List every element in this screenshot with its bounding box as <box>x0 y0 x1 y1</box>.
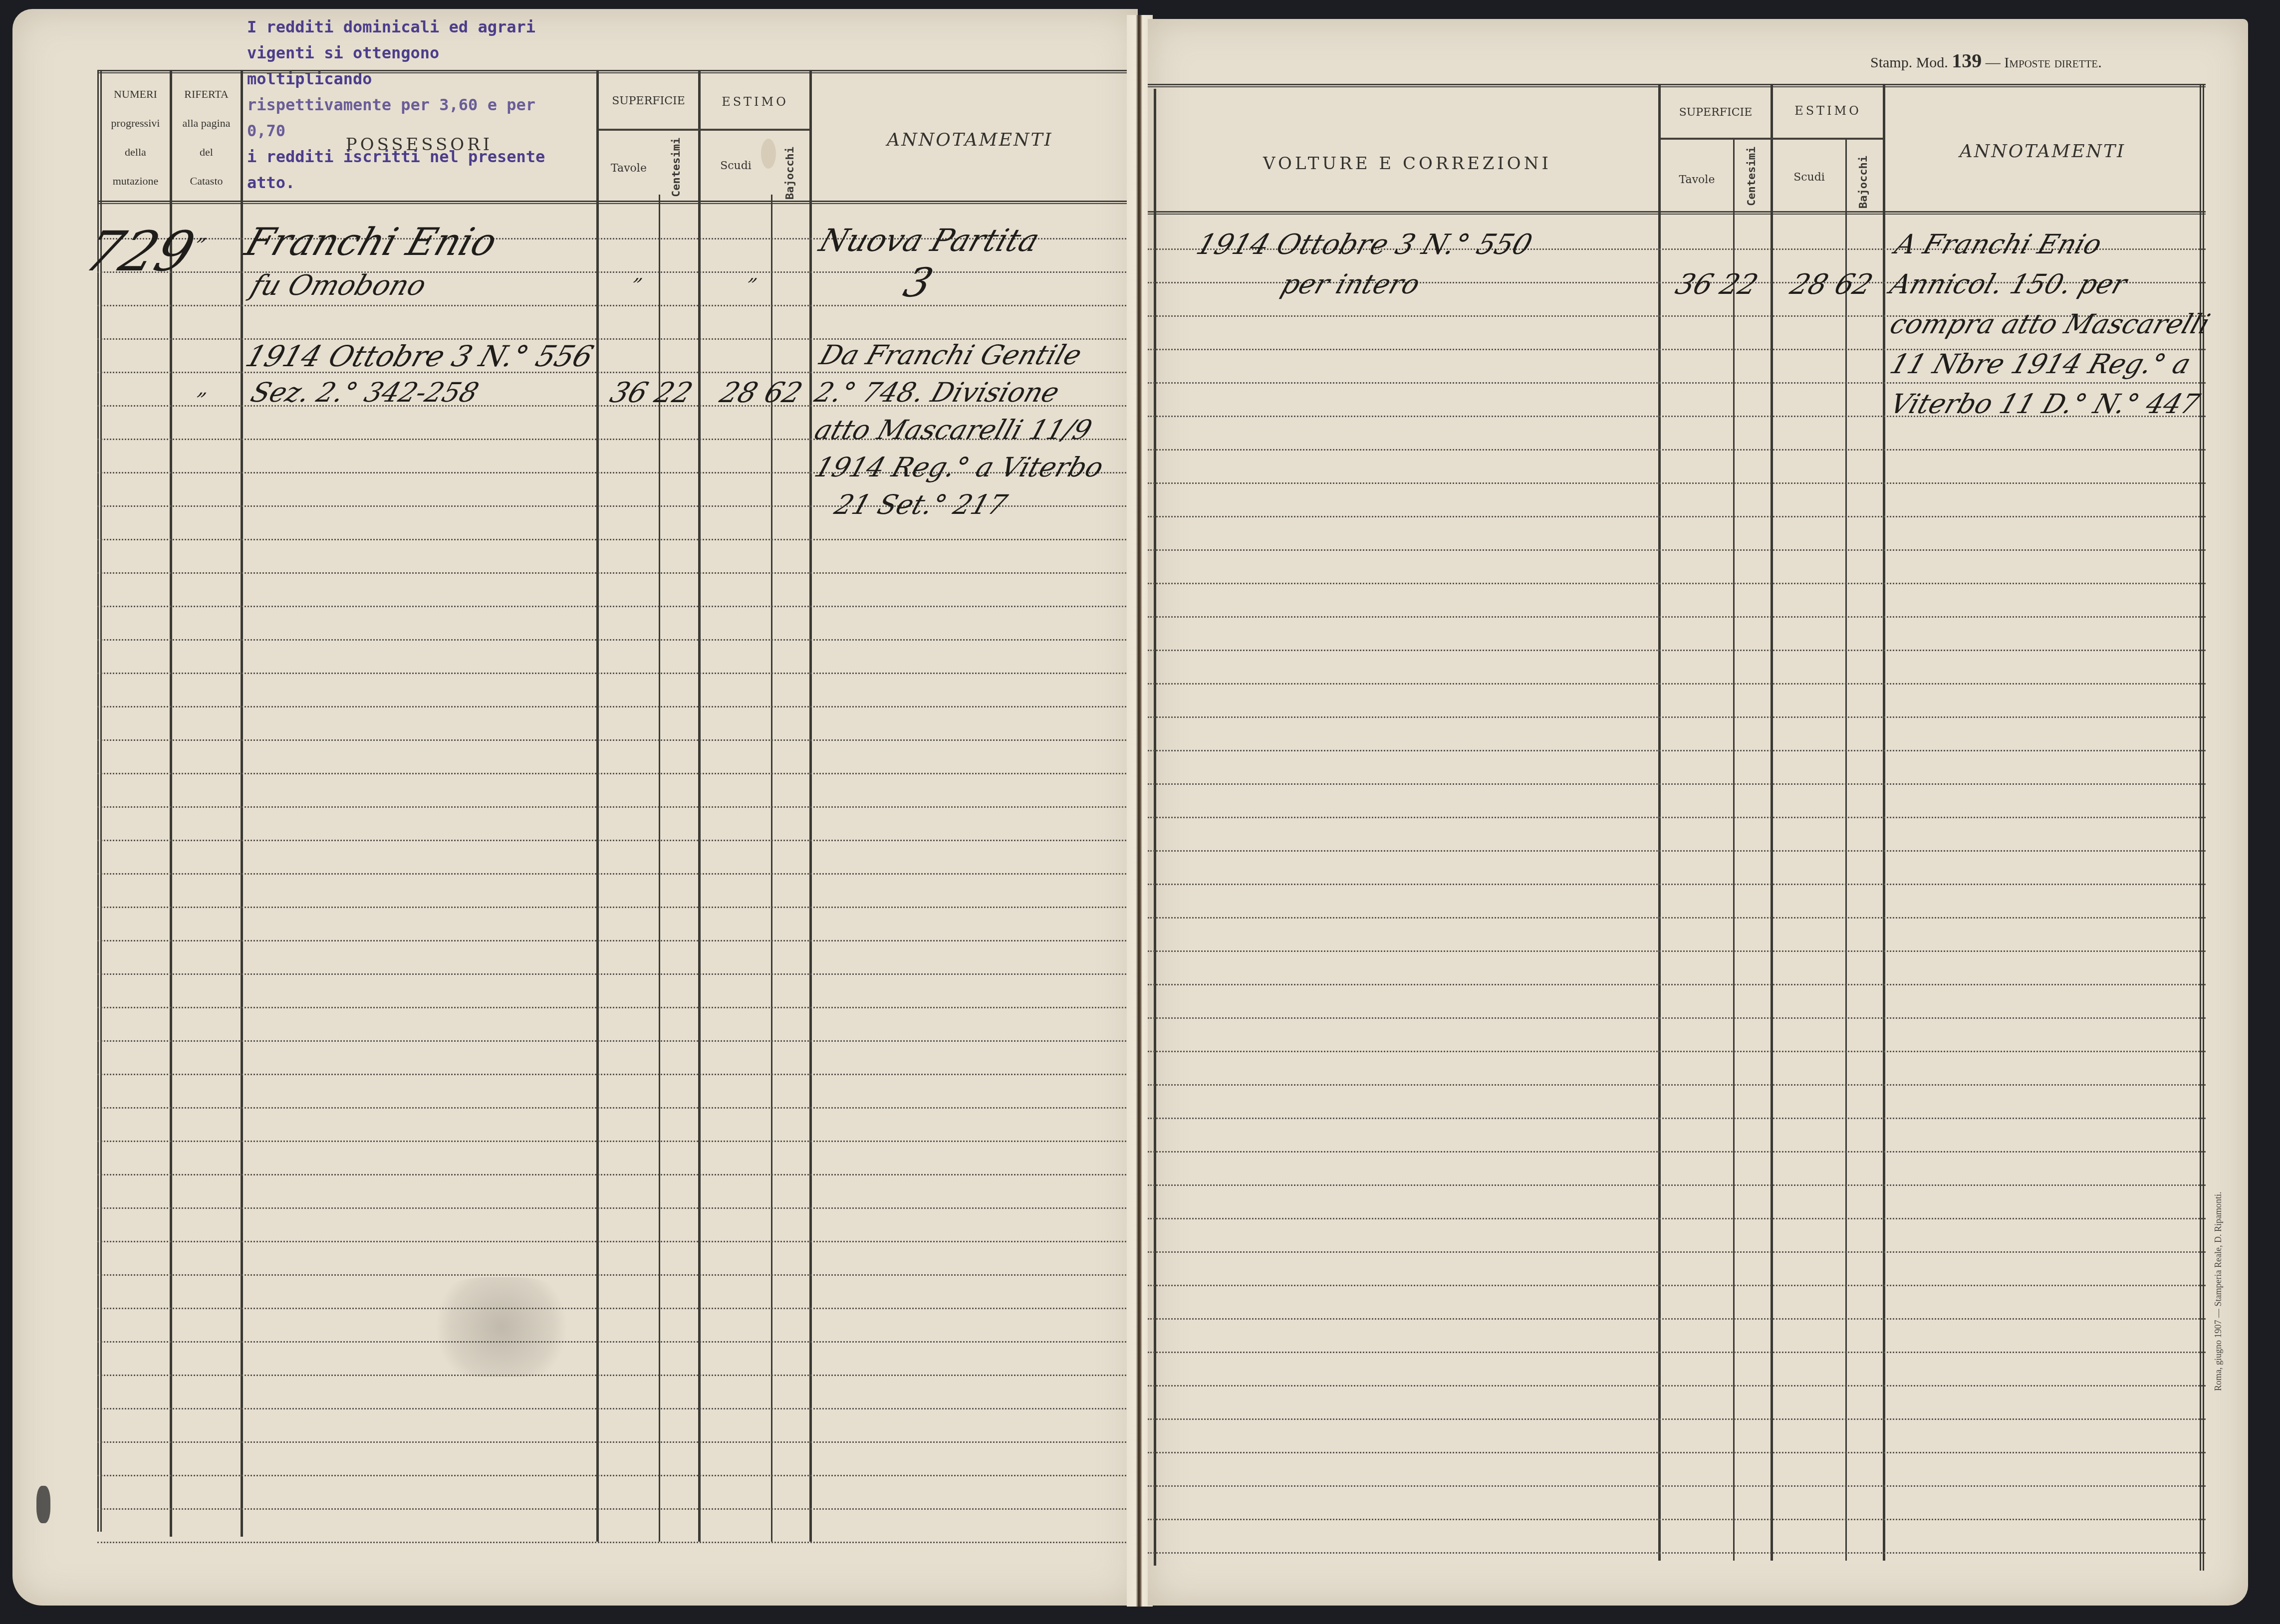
annotation-line: Annicol. 150. per <box>1886 268 2131 300</box>
ruled-line <box>1148 1051 2206 1052</box>
annotation-line: atto Mascarelli 11/9 <box>811 414 1096 446</box>
ruled-line <box>97 706 1135 707</box>
column-rule <box>809 70 812 1542</box>
ruled-line <box>97 940 1135 941</box>
ruled-line <box>97 1542 1135 1543</box>
form-suffix: — Imposte dirette. <box>1986 54 2102 71</box>
ruled-line <box>97 271 1135 273</box>
header-bajocchi: Bajocchi <box>1857 154 1870 209</box>
ruled-line <box>97 1274 1135 1276</box>
ruled-line <box>97 1241 1135 1242</box>
header-bottom-rule <box>1148 211 2206 215</box>
column-rule <box>1658 84 1661 1561</box>
subheader-rule <box>1661 138 1883 140</box>
ruled-line <box>1148 984 2206 985</box>
possessori-table: NUMERI progressivi della mutazione RIFER… <box>97 70 1135 1552</box>
ruled-line <box>1148 382 2206 384</box>
annotation-line: 3 <box>898 259 939 306</box>
column-rule <box>1771 84 1773 1561</box>
ruled-line <box>97 1408 1135 1409</box>
header-scudi: Scudi <box>701 160 771 172</box>
header-line: alla pagina <box>172 109 241 138</box>
entry-number: 729 <box>77 220 203 283</box>
column-rule <box>1845 139 1847 1561</box>
ruled-line <box>1148 1084 2206 1086</box>
ruled-line <box>97 1007 1135 1008</box>
form-prefix: Stamp. Mod. <box>1870 54 1948 71</box>
estimo-value: 28 62 <box>716 377 806 409</box>
header-line: della <box>101 138 170 167</box>
ruled-line <box>1148 549 2206 551</box>
ruled-line <box>97 1341 1135 1343</box>
header-line: del <box>172 138 241 167</box>
ruled-line <box>97 1508 1135 1510</box>
ruled-line <box>97 639 1135 641</box>
ruled-line <box>1148 683 2206 685</box>
header-estimo: ESTIMO <box>1773 104 1883 118</box>
ruled-line <box>1148 950 2206 952</box>
ruled-line <box>1148 1118 2206 1119</box>
ruled-line <box>1148 650 2206 651</box>
volture-table: VOLTURE E CORREZIONI SUPERFICIE ESTIMO T… <box>1148 84 2206 1576</box>
header-superficie: SUPERFICIE <box>1661 106 1771 119</box>
ruled-line <box>97 539 1135 540</box>
header-numeri: NUMERI progressivi della mutazione <box>101 80 170 196</box>
ruled-line <box>97 907 1135 908</box>
ruled-line <box>1148 1418 2206 1420</box>
header-centesimi: Centesimi <box>1746 151 1758 206</box>
ruled-line <box>97 1375 1135 1376</box>
ruled-line <box>97 572 1135 574</box>
ruled-line <box>1148 1352 2206 1353</box>
superficie-value: 36 22 <box>1671 268 1762 301</box>
annotation-line: 11 Nbre 1914 Reg.° a <box>1886 348 2195 380</box>
tavole-ditto-mark: ” <box>628 274 645 296</box>
column-rule <box>698 70 701 1542</box>
ruled-line <box>97 1308 1135 1309</box>
ruled-line <box>1148 817 2206 818</box>
ruled-line <box>1148 1184 2206 1186</box>
header-line: RIFERTA <box>172 80 241 109</box>
ruled-line <box>97 873 1135 875</box>
column-rule <box>241 70 243 1537</box>
column-rule <box>1883 84 1885 1561</box>
possessore-name: Franchi Enio <box>240 220 503 264</box>
table-top-rule <box>1148 84 2206 87</box>
ruled-line <box>1148 1452 2206 1453</box>
riferta-ditto-mark: ” <box>191 389 209 412</box>
ruled-line <box>1148 516 2206 517</box>
estimo-value: 28 62 <box>1786 268 1876 301</box>
ruled-line <box>97 1040 1135 1042</box>
ruled-line <box>97 1207 1135 1209</box>
ruled-line <box>1148 1318 2206 1320</box>
ruled-line <box>1148 750 2206 751</box>
ruled-line <box>1148 1017 2206 1019</box>
annotation-line: 2.° 748. Divisione <box>811 377 1063 408</box>
ruled-line <box>97 840 1135 841</box>
ruled-line <box>97 1107 1135 1109</box>
annotation-line: 1914 Reg.° a Viterbo <box>811 452 1108 483</box>
ruled-line <box>97 305 1135 306</box>
subheader-rule <box>599 129 809 131</box>
ruled-line <box>97 806 1135 808</box>
ruled-line <box>1148 716 2206 718</box>
ruled-line <box>1148 850 2206 852</box>
annotation-line: A Franchi Enio <box>1891 229 2106 260</box>
ruled-line <box>1148 884 2206 885</box>
ruled-line <box>1148 1218 2206 1219</box>
ruled-line <box>1148 783 2206 785</box>
header-volture-correzioni: VOLTURE E CORREZIONI <box>1158 154 1657 174</box>
transfer-section-line: Sez. 2.° 342-258 <box>247 377 483 408</box>
header-line: NUMERI <box>101 80 170 109</box>
stamp-line: I redditi dominicali ed agrari <box>247 14 566 40</box>
table-top-rule <box>97 70 1135 73</box>
form-number: 139 <box>1952 49 1982 72</box>
header-annotamenti: ANNOTAMENTI <box>1885 141 2200 162</box>
ruled-line <box>97 773 1135 774</box>
ruled-line <box>1148 482 2206 484</box>
column-rule <box>596 70 599 1542</box>
ruled-line <box>1148 1385 2206 1387</box>
ruled-line <box>97 739 1135 741</box>
superficie-value: 36 22 <box>606 377 696 409</box>
annotation-line: Da Franchi Gentile <box>816 339 1086 371</box>
ruled-line <box>1148 1285 2206 1286</box>
header-line: Catasto <box>172 167 241 196</box>
header-bajocchi: Bajocchi <box>784 145 796 200</box>
annotation-line: Viterbo 11 D.° N.° 447 <box>1886 388 2204 420</box>
ruled-line <box>97 673 1135 674</box>
possessore-patronymic: fu Omobono <box>247 269 430 302</box>
column-rule <box>2200 84 2204 1571</box>
stamp-impression <box>422 1277 581 1377</box>
column-rule <box>97 70 102 1532</box>
right-page: Stamp. Mod. 139 — Imposte dirette. VOLTU… <box>1148 19 2248 1606</box>
ruled-line <box>1148 1485 2206 1487</box>
header-tavole: Tavole <box>599 162 659 175</box>
column-rule <box>1733 139 1735 1561</box>
header-bottom-rule <box>97 201 1135 204</box>
transfer-date-line: 1914 Ottobre 3 N.° 556 <box>242 339 598 373</box>
ruled-line <box>1148 1251 2206 1253</box>
printer-imprint: Roma, giugno 1907 — Stamperia Reale, D. … <box>2213 1181 2224 1391</box>
form-model-label: Stamp. Mod. 139 — Imposte dirette. <box>1870 49 2102 72</box>
header-scudi: Scudi <box>1773 171 1845 184</box>
header-centesimi: Centesimi <box>670 142 683 197</box>
ruled-line <box>97 973 1135 975</box>
annotation-line: compra atto Mascarelli <box>1886 308 2214 340</box>
annotation-line: Nuova Partita <box>815 222 1044 258</box>
header-riferta: RIFERTA alla pagina del Catasto <box>172 80 241 196</box>
ruled-line <box>97 1074 1135 1075</box>
ruled-line <box>1148 917 2206 919</box>
ruled-line <box>1148 449 2206 451</box>
scudi-ditto-mark: ” <box>743 274 760 296</box>
ruled-line <box>97 1475 1135 1476</box>
ruled-line <box>97 606 1135 607</box>
header-estimo: ESTIMO <box>701 95 809 109</box>
ruled-line <box>97 1141 1135 1142</box>
ruled-line <box>1148 1151 2206 1153</box>
ruled-line <box>1148 583 2206 584</box>
ruled-line <box>97 1174 1135 1175</box>
ruled-line <box>1148 1552 2206 1554</box>
voltura-extent-line: per intero <box>1277 268 1424 300</box>
annotation-line: 21 Set.° 217 <box>831 489 1011 520</box>
header-tavole: Tavole <box>1661 174 1733 186</box>
header-line: progressivi <box>101 109 170 138</box>
ink-smudge <box>36 1486 50 1523</box>
voltura-date-line: 1914 Ottobre 3 N.° 550 <box>1192 229 1536 261</box>
header-annotamenti: ANNOTAMENTI <box>812 130 1128 150</box>
column-rule <box>170 70 172 1537</box>
ruled-line <box>1148 616 2206 618</box>
left-page: I redditi dominicali ed agrari vigenti s… <box>12 9 1138 1606</box>
header-line: mutazione <box>101 167 170 196</box>
header-possessori: POSSESSORI <box>242 135 596 155</box>
ruled-line <box>1148 1519 2206 1520</box>
header-superficie: SUPERFICIE <box>599 95 698 107</box>
ruled-line <box>97 1441 1135 1443</box>
column-rule <box>1154 89 1156 1566</box>
